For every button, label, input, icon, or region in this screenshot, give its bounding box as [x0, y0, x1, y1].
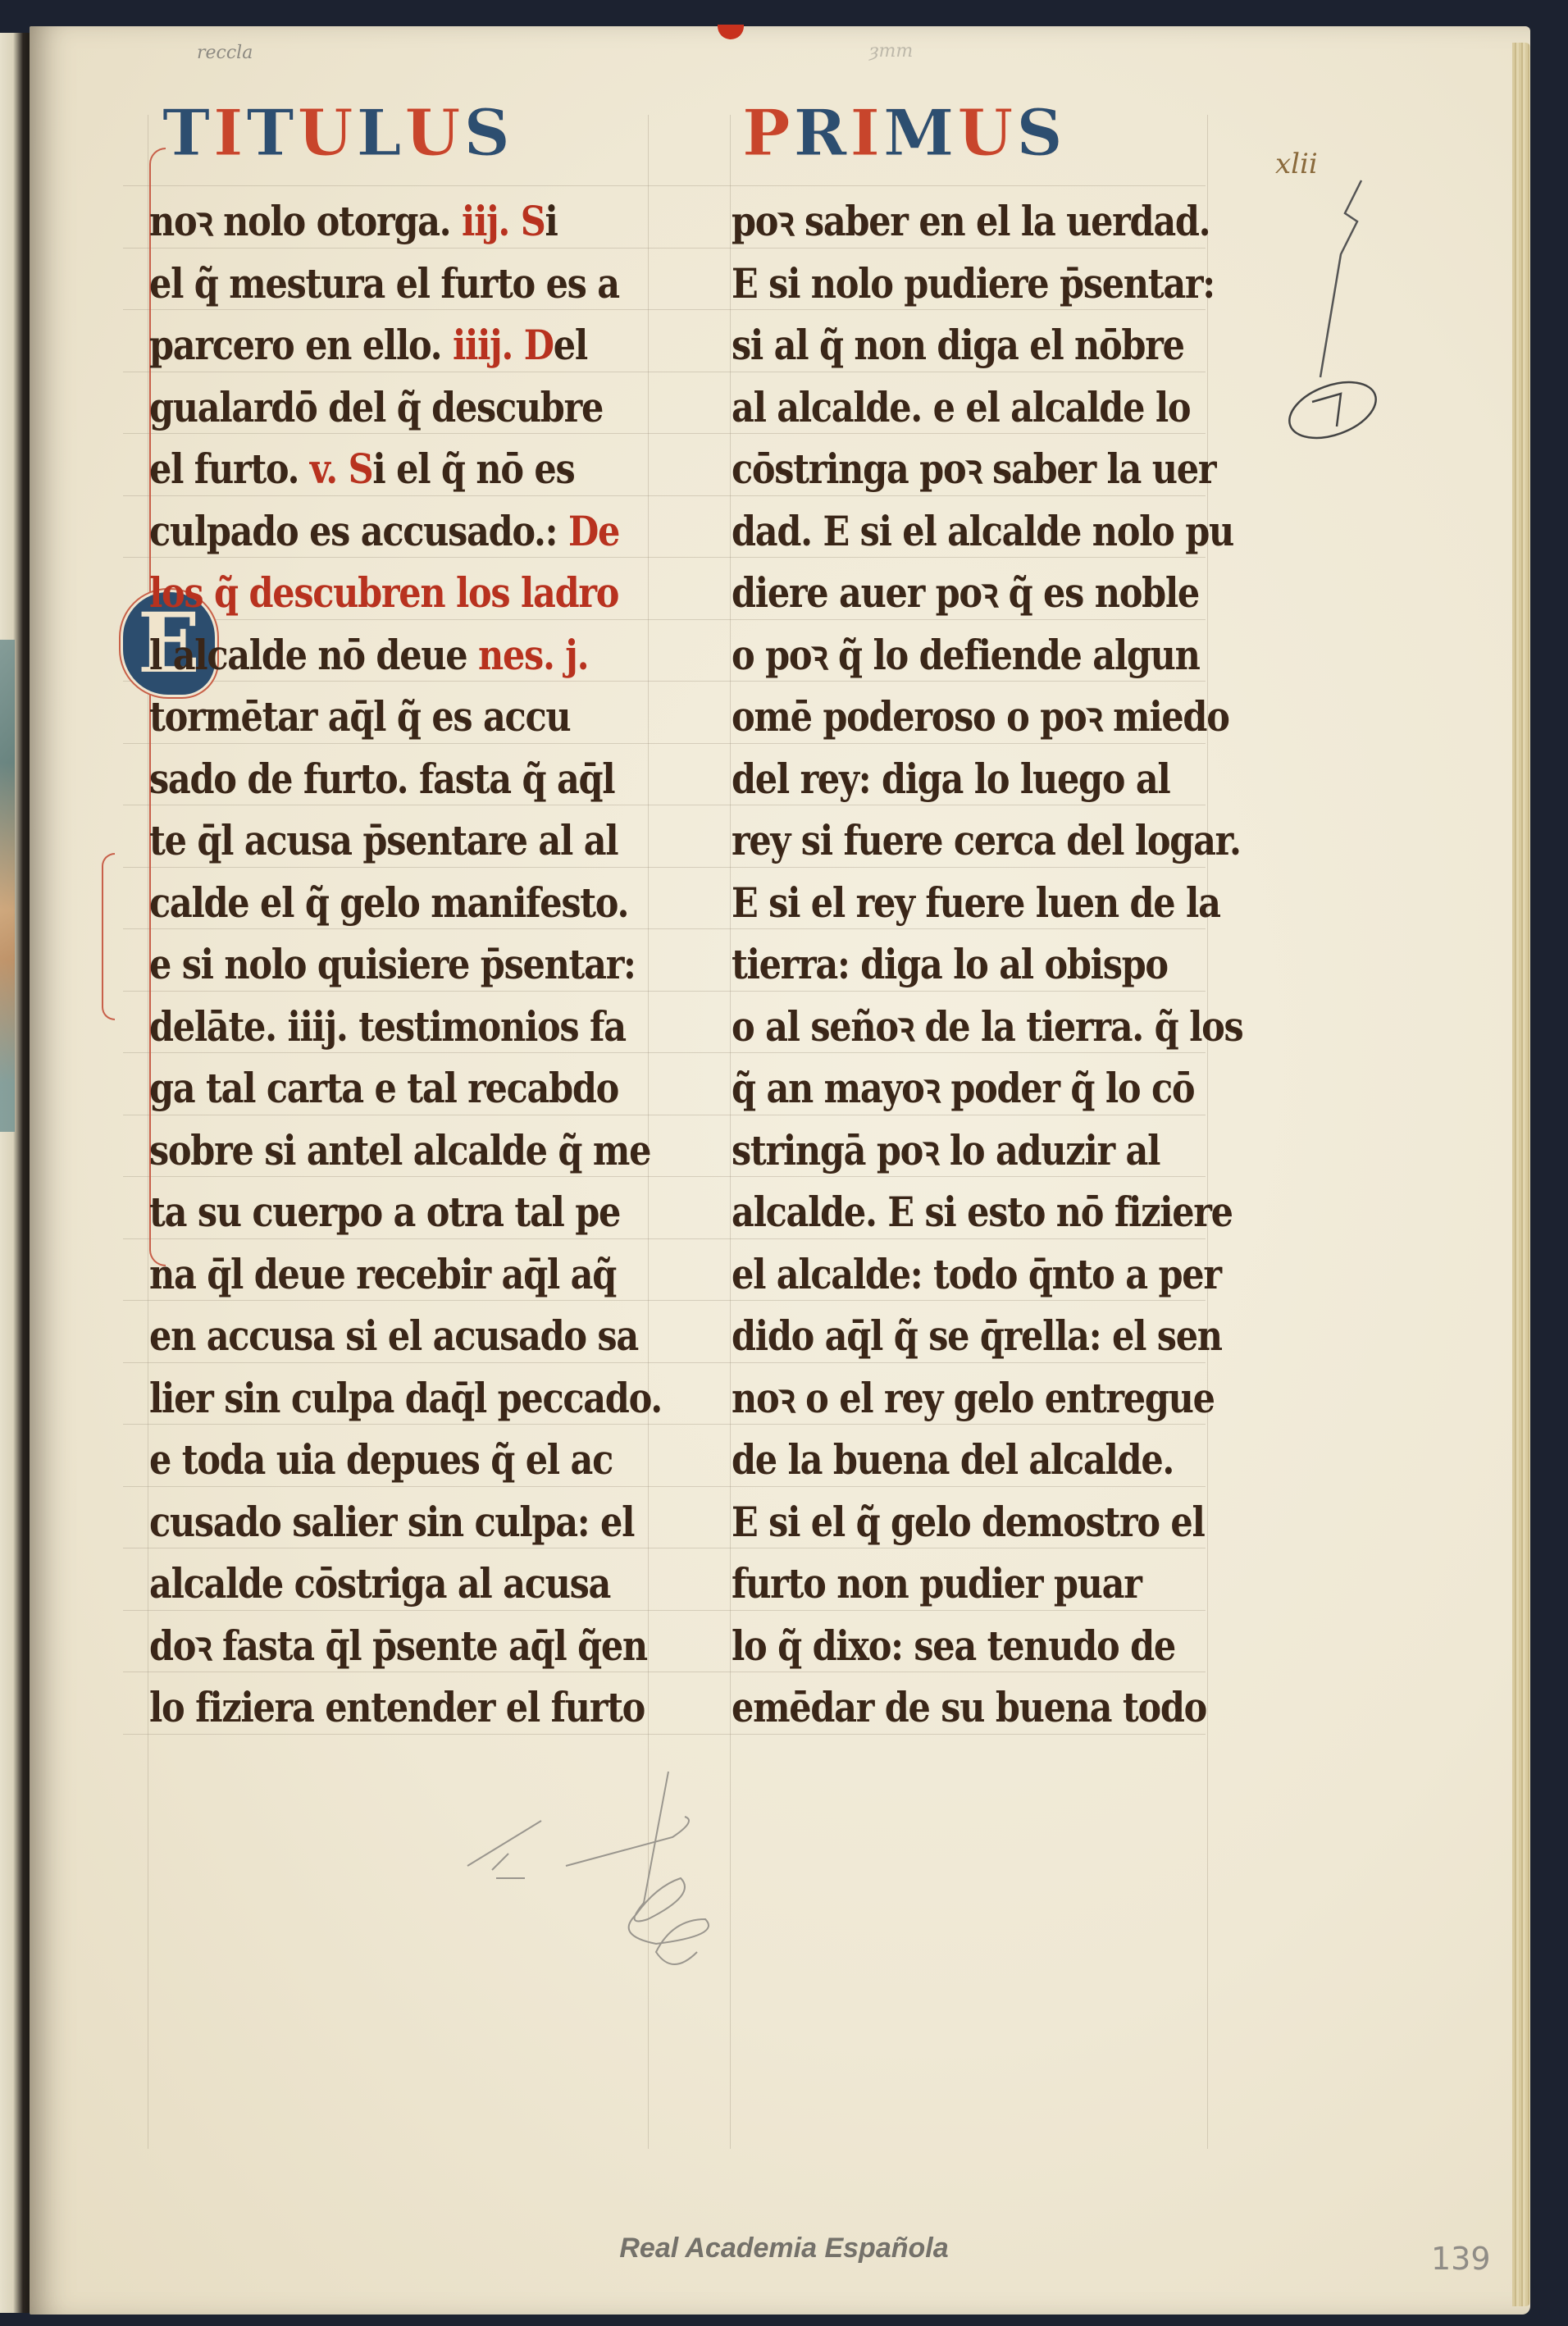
text-segment: l alcalde nō deue: [149, 631, 478, 679]
text-segment: tierra: diga lo al obispo: [732, 940, 1168, 988]
heading-letter: T: [247, 97, 298, 171]
text-segment: i el q̃ nō es: [372, 445, 574, 493]
marginal-flourish: [102, 853, 115, 1020]
adjacent-page-spine: [0, 33, 33, 2313]
text-line: sobre si antel alcalde q̃ me: [149, 1120, 643, 1182]
text-segment: E si el rey fuere luen de la: [732, 878, 1220, 927]
heading-letter: U: [404, 97, 463, 171]
text-segment: de la buena del alcalde.: [732, 1435, 1174, 1484]
text-segment: del rey: diga lo luego al: [732, 755, 1169, 803]
heading-letter: P: [742, 97, 794, 171]
text-line: furto non pudier puar: [732, 1553, 1225, 1615]
page-fore-edge: [1512, 43, 1530, 2306]
text-segment: alcalde. E si esto nō fiziere: [732, 1188, 1233, 1236]
text-line: e si nolo quisiere p̄sentar:: [149, 933, 643, 996]
text-line: lo fiziera entender el furto: [149, 1676, 643, 1739]
text-segment: el alcalde: todo q̄nto a per: [732, 1250, 1221, 1298]
text-segment: E si nolo pudiere p̄sentar:: [732, 259, 1215, 308]
text-line: omē poderoso o poꝛ miedo: [732, 686, 1225, 748]
rubric-text: v. S: [310, 445, 372, 493]
text-segment: na q̄l deue recebir aq̄l aq̃: [149, 1250, 616, 1298]
text-segment: ta su cuerpo a otra tal pe: [149, 1188, 620, 1236]
text-line: delāte. iiij. testimonios fa: [149, 996, 643, 1058]
text-segment: stringā poꝛ lo aduzir al: [732, 1126, 1160, 1174]
pencil-doodle: [459, 1755, 754, 1985]
text-line: el furto. v. Si el q̃ nō es: [149, 438, 643, 500]
pencil-note-top-left: reccla: [197, 43, 253, 63]
text-segment: culpado es accusado.:: [149, 507, 568, 555]
pencil-note-top-center: ȝmm: [869, 41, 913, 62]
text-segment: furto non pudier puar: [732, 1559, 1142, 1608]
rubric-text: nes. j.: [478, 631, 588, 679]
text-line: o al señoꝛ de la tierra. q̃ los: [732, 996, 1225, 1058]
text-line: el q̃ mestura el furto es a: [149, 253, 643, 315]
text-segment: calde el q̃ gelo manifesto.: [149, 878, 628, 927]
text-line: lier sin culpa daq̄l peccado.: [149, 1367, 643, 1430]
text-segment: omē poderoso o poꝛ miedo: [732, 692, 1229, 741]
text-segment: sobre si antel alcalde q̃ me: [149, 1126, 650, 1174]
heading-letter: S: [1016, 97, 1065, 171]
text-line: e toda uia depues q̃ el ac: [149, 1429, 643, 1491]
text-segment: lier sin culpa daq̄l peccado.: [149, 1374, 662, 1422]
text-line: cōstringa poꝛ saber la uer: [732, 438, 1225, 500]
text-line: parcero en ello. iiij. Del: [149, 314, 643, 376]
text-line: ga tal carta e tal recabdo: [149, 1057, 643, 1120]
text-line: q̃ an mayoꝛ poder q̃ lo cō: [732, 1057, 1225, 1120]
text-segment: E si el q̃ gelo demostro el: [732, 1498, 1205, 1546]
rubric-text: los q̃ descubren los ladro: [149, 568, 618, 617]
text-column-left: noꝛ nolo otorga. iij. Siel q̃ mestura el…: [149, 190, 643, 1739]
rubric-text: iij. S: [462, 197, 545, 245]
text-line: gualardō del q̃ descubre: [149, 376, 643, 439]
text-line: alcalde. E si esto nō fiziere: [732, 1181, 1225, 1243]
text-line: culpado es accusado.: De: [149, 500, 643, 563]
text-line: E si el rey fuere luen de la: [732, 872, 1225, 934]
text-segment: al alcalde. e el alcalde lo: [732, 383, 1190, 431]
text-line: poꝛ saber en el la uerdad.: [732, 190, 1225, 253]
heading-letter: I: [213, 97, 247, 171]
text-segment: alcalde cōstriga al acusa: [149, 1559, 610, 1608]
text-line: stringā poꝛ lo aduzir al: [732, 1120, 1225, 1182]
text-segment: parcero en ello.: [149, 321, 453, 369]
text-line: tormētar aq̄l q̃ es accu: [149, 686, 643, 748]
text-segment: lo fiziera entender el furto: [149, 1683, 645, 1731]
text-line: lo q̃ dixo: sea tenudo de: [732, 1615, 1225, 1677]
text-line: l alcalde nō deue nes. j.: [149, 624, 643, 686]
text-line: diere auer poꝛ q̃ es noble: [732, 562, 1225, 624]
text-line: alcalde cōstriga al acusa: [149, 1553, 643, 1615]
text-line: doꝛ fasta q̄l p̄sente aq̄l q̃en: [149, 1615, 643, 1677]
watermark: Real Academia Española: [0, 2233, 1568, 2264]
text-segment: diere auer poꝛ q̃ es noble: [732, 568, 1199, 617]
text-segment: noꝛ nolo otorga.: [149, 197, 462, 245]
text-line: del rey: diga lo luego al: [732, 748, 1225, 810]
text-line: te q̄l acusa p̄sentare al al: [149, 810, 643, 872]
text-segment: o al señoꝛ de la tierra. q̃ los: [732, 1002, 1242, 1051]
text-segment: q̃ an mayoꝛ poder q̃ lo cō: [732, 1064, 1194, 1112]
text-segment: noꝛ o el rey gelo entregue: [732, 1374, 1215, 1422]
text-segment: doꝛ fasta q̄l p̄sente aq̄l q̃en: [149, 1621, 647, 1670]
ruling-line: [148, 115, 148, 2149]
text-line: el alcalde: todo q̄nto a per: [732, 1243, 1225, 1306]
adjacent-page-illumination: [0, 640, 15, 1132]
text-segment: el: [554, 321, 587, 369]
text-line: E si nolo pudiere p̄sentar:: [732, 253, 1225, 315]
text-line: en accusa si el acusado sa: [149, 1305, 643, 1367]
text-line: noꝛ o el rey gelo entregue: [732, 1367, 1225, 1430]
text-segment: o poꝛ q̃ lo defiende algun: [732, 631, 1200, 679]
text-line: cusado salier sin culpa: el: [149, 1491, 643, 1553]
text-line: na q̄l deue recebir aq̄l aq̃: [149, 1243, 643, 1306]
text-line: dido aq̄l q̃ se q̄rella: el sen: [732, 1305, 1225, 1367]
text-line: al alcalde. e el alcalde lo: [732, 376, 1225, 439]
rubric-text: iiij. D: [453, 321, 554, 369]
text-segment: e si nolo quisiere p̄sentar:: [149, 940, 636, 988]
text-segment: ga tal carta e tal recabdo: [149, 1064, 618, 1112]
text-segment: te q̄l acusa p̄sentare al al: [149, 816, 618, 864]
text-segment: cōstringa poꝛ saber la uer: [732, 445, 1215, 493]
text-segment: cusado salier sin culpa: el: [149, 1498, 634, 1546]
text-segment: tormētar aq̄l q̃ es accu: [149, 692, 570, 741]
text-line: ta su cuerpo a otra tal pe: [149, 1181, 643, 1243]
text-segment: dido aq̄l q̃ se q̄rella: el sen: [732, 1311, 1222, 1360]
text-segment: rey si fuere cerca del logar.: [732, 816, 1241, 864]
heading-letter: T: [162, 97, 213, 171]
text-segment: en accusa si el acusado sa: [149, 1311, 638, 1360]
text-segment: delāte. iiij. testimonios fa: [149, 1002, 626, 1051]
text-line: noꝛ nolo otorga. iij. Si: [149, 190, 643, 253]
heading-letter: I: [850, 97, 883, 171]
text-line: calde el q̃ gelo manifesto.: [149, 872, 643, 934]
pencil-flourish-sketch: [1263, 164, 1394, 459]
text-segment: dad. E si el alcalde nolo pu: [732, 507, 1233, 555]
heading-letter: M: [883, 97, 957, 171]
text-line: emēdar de su buena todo: [732, 1676, 1225, 1739]
text-segment: sado de furto. fasta q̃ aq̄l: [149, 755, 614, 803]
heading-titulus: TITULUS: [162, 97, 513, 171]
heading-letter: L: [357, 97, 405, 171]
text-segment: lo q̃ dixo: sea tenudo de: [732, 1621, 1175, 1670]
text-line: dad. E si el alcalde nolo pu: [732, 500, 1225, 563]
text-segment: poꝛ saber en el la uerdad.: [732, 197, 1210, 245]
text-line: E si el q̃ gelo demostro el: [732, 1491, 1225, 1553]
text-segment: e toda uia depues q̃ el ac: [149, 1435, 613, 1484]
text-line: los q̃ descubren los ladro: [149, 562, 643, 624]
text-segment: i: [545, 197, 558, 245]
rubric-text: De: [568, 507, 619, 555]
text-segment: si al q̃ non diga el nōbre: [732, 321, 1184, 369]
text-line: o poꝛ q̃ lo defiende algun: [732, 624, 1225, 686]
text-segment: el q̃ mestura el furto es a: [149, 259, 619, 308]
heading-letter: R: [794, 97, 850, 171]
text-segment: el furto.: [149, 445, 310, 493]
text-segment: emēdar de su buena todo: [732, 1683, 1206, 1731]
heading-letter: U: [298, 97, 357, 171]
heading-letter: S: [464, 97, 513, 171]
text-line: tierra: diga lo al obispo: [732, 933, 1225, 996]
text-line: si al q̃ non diga el nōbre: [732, 314, 1225, 376]
heading-primus: PRIMUS: [742, 97, 1066, 171]
ruling-line: [123, 185, 1206, 186]
text-line: de la buena del alcalde.: [732, 1429, 1225, 1491]
text-line: rey si fuere cerca del logar.: [732, 810, 1225, 872]
text-segment: gualardō del q̃ descubre: [149, 383, 603, 431]
text-column-right: poꝛ saber en el la uerdad.E si nolo pudi…: [732, 190, 1225, 1739]
text-line: sado de furto. fasta q̃ aq̄l: [149, 748, 643, 810]
heading-letter: U: [957, 97, 1016, 171]
